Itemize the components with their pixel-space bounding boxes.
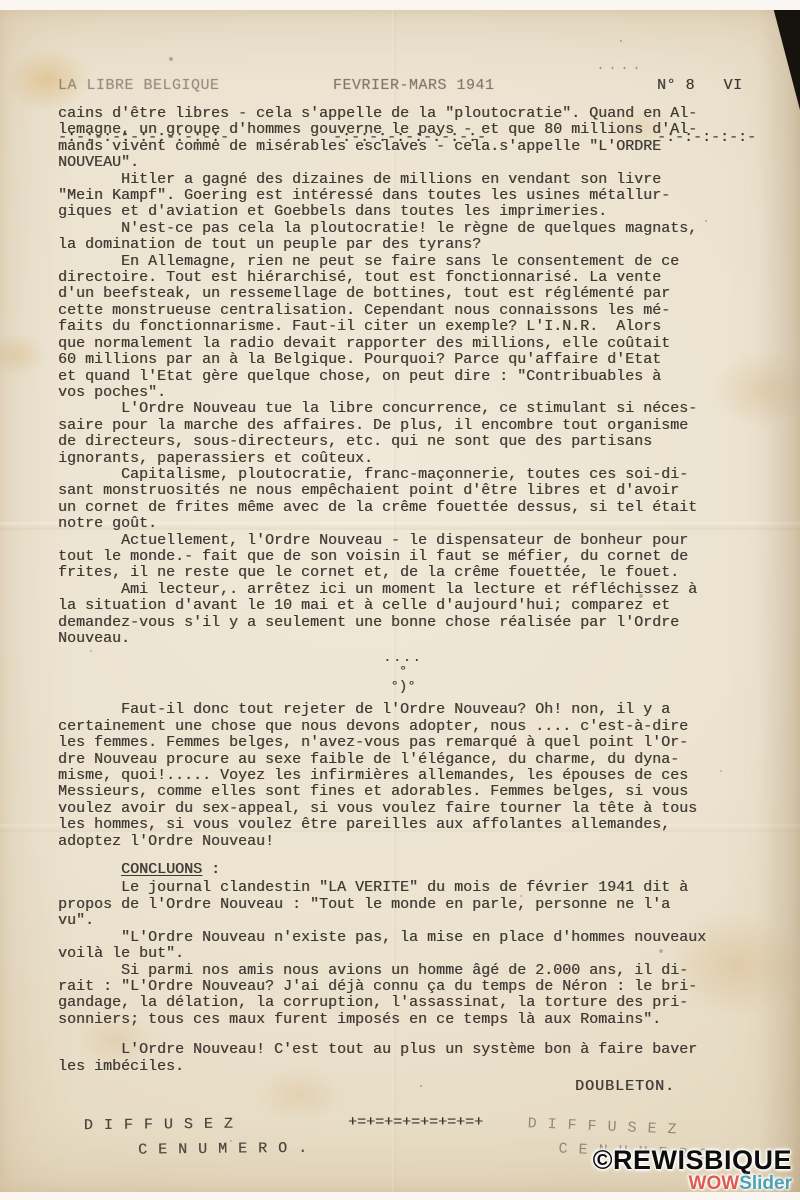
paragraph: Ami lecteur,. arrêtez ici un moment la l…	[58, 582, 764, 648]
paragraph: Faut-il donc tout rejeter de l'Ordre Nou…	[58, 702, 764, 850]
separator-mark: °	[58, 665, 748, 680]
paragraph: "L'Ordre Nouveau n'existe pas, la mise e…	[58, 930, 764, 963]
conclusion-label: CONCLUONS	[121, 861, 202, 878]
newspaper-title: LA LIBRE BELGIQUE	[58, 77, 229, 94]
watermark-copyright: ©REWISBIQUE	[593, 1146, 792, 1174]
watermark-brand: WOWSlider	[593, 1174, 792, 1194]
page-edge-shadow	[758, 10, 800, 1192]
conclusion-heading: CONCLUONS :	[121, 862, 764, 878]
section-separator: .... ° °)°	[58, 650, 748, 695]
footer-line: C E N U M E R O .	[84, 1136, 308, 1163]
paragraph: cains d'être libres - cela s'appelle de …	[58, 106, 764, 172]
paragraph: L'Ordre Nouveau tue la libre concurrence…	[58, 401, 764, 467]
paragraph: N'est-ce pas cela la ploutocratie! le rè…	[58, 221, 764, 254]
watermark: ©REWISBIQUE WOWSlider	[593, 1146, 792, 1194]
paragraph: Actuellement, l'Ordre Nouveau - le dispe…	[58, 533, 764, 582]
paragraph: Le journal clandestin "LA VERITE" du moi…	[58, 880, 764, 929]
scanned-document-page: LA LIBRE BELGIQUE -:-:-:-:-:-:-:-:-:- FE…	[0, 10, 800, 1192]
paragraph: En Allemagne, rien ne peut se faire sans…	[58, 254, 764, 402]
document-body: cains d'être libres - cela s'appelle de …	[58, 106, 764, 1075]
signature: DOUBLETON.	[575, 1078, 675, 1095]
conclusion-colon: :	[202, 861, 220, 878]
issue-date: FEVRIER-MARS 1941	[333, 77, 495, 94]
paragraph: Hitler a gagné des dizaines de millions …	[58, 172, 764, 221]
separator-mark: °)°	[58, 680, 748, 695]
issue-number: N° 8 VI	[657, 77, 756, 94]
footer-diffusez-left: D I F F U S E Z C E N U M E R O .	[84, 1111, 309, 1163]
paragraph: Capitalisme, ploutocratie, franc-maçonne…	[58, 467, 764, 533]
watermark-brand-wow: WOW	[689, 1173, 740, 1194]
masthead-dots: ....	[596, 57, 644, 74]
paragraph: L'Ordre Nouveau! C'est tout au plus un s…	[58, 1042, 764, 1075]
footer-separator-rule: +=+=+=+=+=+=+=+	[348, 1114, 483, 1131]
footer-line: D I F F U S E Z	[84, 1111, 308, 1138]
watermark-brand-slider: Slider	[739, 1173, 792, 1194]
paper-specks	[0, 10, 2, 12]
paragraph: Si parmi nos amis nous avions un homme â…	[58, 963, 764, 1029]
separator-dots: ....	[58, 650, 748, 665]
